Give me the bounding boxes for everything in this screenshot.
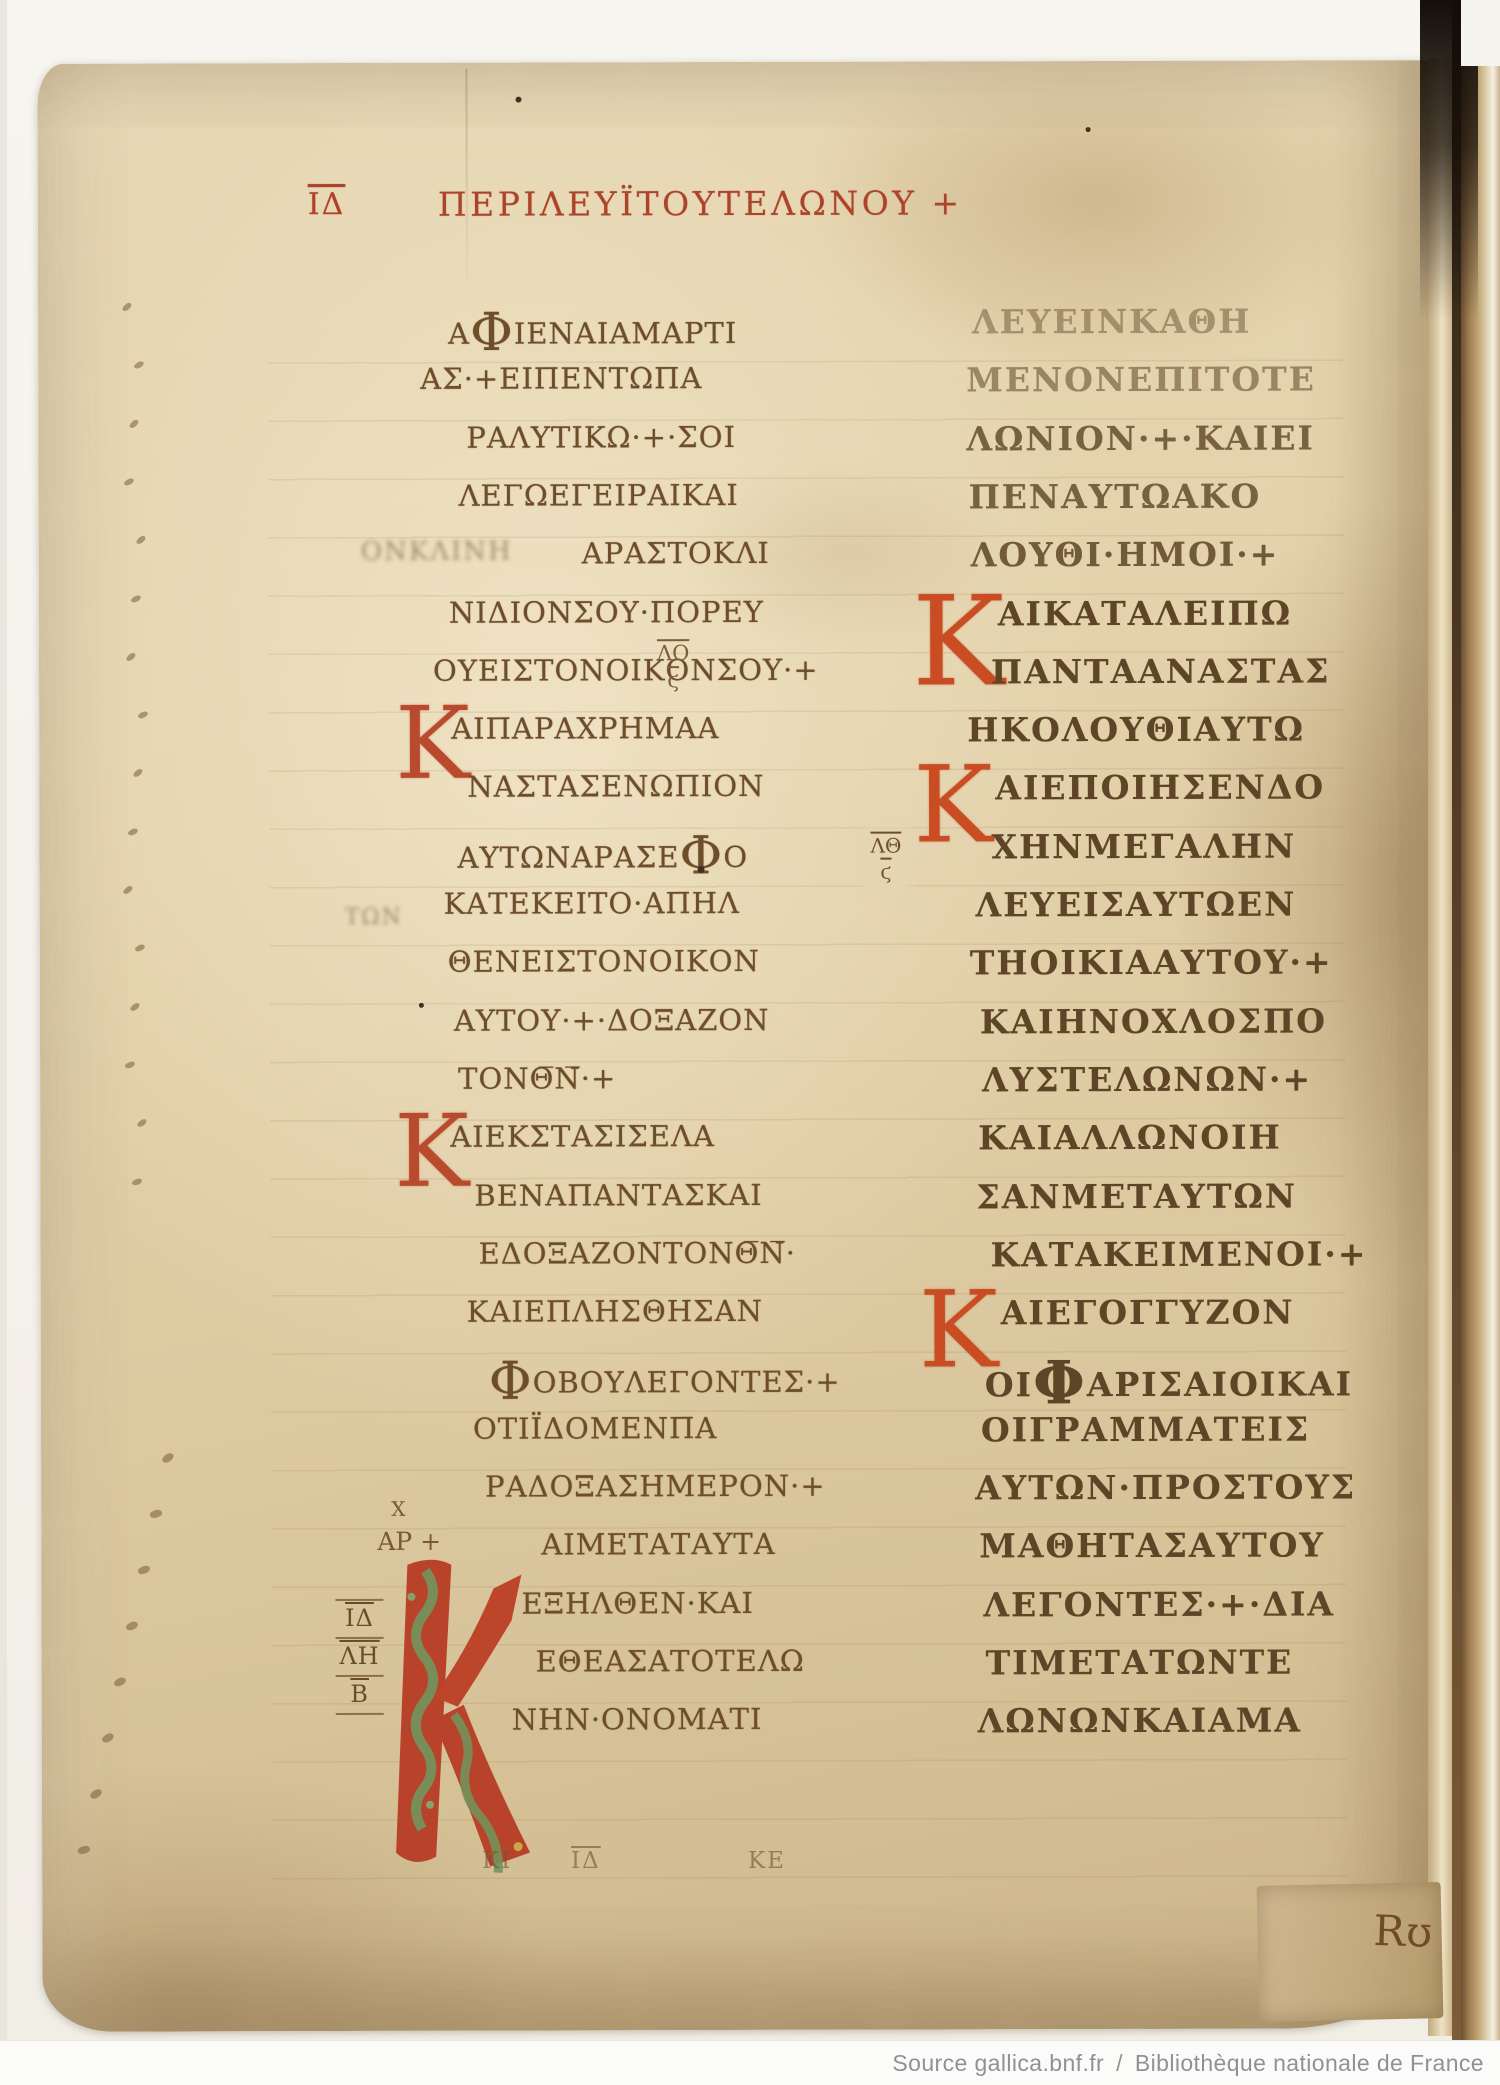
manuscript-text-line: ΚΑΙΕΓΟΓΓΥΖΟΝ <box>1001 1296 1295 1330</box>
manuscript-text-line: ΦΟΒΟΥΛΕΓΟΝΤΕΣ·+ <box>489 1355 841 1408</box>
decorated-initial-icon <box>377 1554 553 1879</box>
manuscript-text-line: ΛΕΓΟΝΤΕΣ·+·ΔΙΑ <box>983 1587 1335 1621</box>
manuscript-text-line: ΜΕΝΟΝΕΠΙΤΟΤΕ <box>966 363 1316 397</box>
manuscript-text-line: ΟΤΙΪΔΟΜΕΝΠΑ <box>473 1414 717 1444</box>
quire-mark: ΚΕ <box>748 1848 786 1874</box>
manuscript-text-line: ΟΥΕΙΣΤΟΝΟΙΚΟΝΣΟΥ·+ <box>433 656 819 686</box>
manuscript-text-line: ΡΑΛΥΤΙΚΩ·+·ΣΟΙ <box>466 423 736 453</box>
institution-label: Bibliothèque nationale de France <box>1135 2050 1484 2077</box>
parchment-page: ΙΔ ΠΕΡΙΛΕΥΪΤΟΥΤΕΛΩΝΟΥ + ΑΦΙΕΝΑΙΑΜΑΡΤΙΑΣ·… <box>37 60 1434 2032</box>
manuscript-text-line: ΚΑΙΕΠΛΗΣΘΗΣΑΝ <box>467 1297 763 1327</box>
manuscript-text-line: ΚΑΙΑΛΛΩΝΟΙΗ <box>978 1121 1282 1155</box>
manuscript-text-line: ΣΑΝΜΕΤΑΥΤΩΝ <box>976 1179 1297 1213</box>
scan-edge-strip <box>0 0 7 2040</box>
manuscript-text-line: ΟΙΦΑΡΙΣΑΙΟΙΚΑΙ <box>985 1354 1353 1414</box>
manuscript-text-line: ΚΑΤΑΚΕΙΜΕΝΟΙ·+ <box>991 1237 1368 1271</box>
rubric-title: ΠΕΡΙΛΕΥΪΤΟΥΤΕΛΩΝΟΥ + <box>438 183 963 223</box>
ink-speck <box>419 1003 424 1008</box>
manuscript-text-line: ΑΥΤΩΝ·ΠΡΟΣΤΟΥΣ <box>975 1470 1356 1504</box>
manuscript-text-line: ΕΔΟΞΑΖΟΝΤΟΝΘ̅Ν̅· <box>479 1239 797 1269</box>
rubricated-initial: Κ <box>395 699 471 789</box>
ink-bleed-ghost: ΤΩΝ <box>345 905 403 930</box>
manuscript-text-line: ΕΘΕΑΣΑΤΟΤΕΛΩ <box>536 1647 805 1677</box>
manuscript-text-line: ΠΑΝΤΑΑΝΑΣΤΑΣ <box>991 654 1330 688</box>
page-gutter-ridge <box>1428 58 1452 2036</box>
margin-section-number: ΛΗ <box>336 1639 384 1677</box>
gallica-source-bar: Source gallica.bnf.fr / Bibliothèque nat… <box>0 2040 1500 2085</box>
manuscript-text-line: ΛΕΥΕΙΝΚΑΘΗ <box>972 305 1251 339</box>
manuscript-text-line: ΚΑΙΗΝΟΧΛΟΣΠΟ <box>980 1004 1327 1038</box>
ink-speck <box>516 97 522 103</box>
manuscript-text-line: ΠΕΝΑΥΤΩΑΚΟ <box>969 480 1262 514</box>
manuscript-text-line: ΑΡΑΣΤΟΚΛΙ <box>582 539 770 568</box>
ink-bleed-ghost: ΟΝΚΛΙΝΗ <box>361 537 513 567</box>
manuscript-text-line: ΑΣ·+ΕΙΠΕΝΤΩΠΑ <box>420 364 702 394</box>
manuscript-text-line: ΤΟΝΘ̅Ν̅·+ <box>458 1064 616 1093</box>
source-separator: / <box>1116 2050 1123 2077</box>
rubricated-initial: Κ <box>394 1107 470 1197</box>
manuscript-text-line: ΘΕΝΕΙΣΤΟΝΟΙΚΟΝ <box>448 947 760 977</box>
manuscript-text-line: ΛΕΓΩΕΓΕΙΡΑΙΚΑΙ <box>459 481 739 511</box>
rubricated-initial: Κ <box>913 758 994 854</box>
margin-section-number: Β <box>336 1677 384 1715</box>
manuscript-text-line: ΛΥΣΤΕΛΩΝΩΝ·+ <box>982 1062 1312 1096</box>
manuscript-text-line: ΟΙΓΡΑΜΜΑΤΕΙΣ <box>981 1412 1310 1446</box>
manuscript-text-line: ΕΞΗΛΘΕΝ·ΚΑΙ <box>521 1589 754 1619</box>
manuscript-text-line: ΚΑΙΕΚΣΤΑΣΙΣΕΛΑ <box>450 1122 715 1152</box>
source-label: Source gallica.bnf.fr <box>892 2050 1104 2077</box>
repair-tape: Rʊ <box>1257 1882 1444 2022</box>
manuscript-text-line: ΡΑΔΟΞΑΣΗΜΕΡΟΝ·+ <box>485 1472 826 1502</box>
manuscript-text-line: ΚΑΤΕΚΕΙΤΟ·ΑΠΗΛ <box>444 889 740 919</box>
manuscript-text-line: ΑΦΙΕΝΑΙΑΜΑΡΤΙ <box>448 306 737 359</box>
manuscript-text-line: ΗΚΟΛΟΥΘΙΑΥΤΩ <box>967 713 1305 747</box>
scan-background <box>1461 0 1500 66</box>
quire-mark: ΚΙ <box>482 1848 512 1874</box>
manuscript-text-line: ΤΙΜΕΤΑΤΩΝΤΕ <box>986 1645 1294 1679</box>
manuscript-text-line: ΛΕΥΕΙΣΑΥΤΩΕΝ <box>976 888 1297 922</box>
manuscript-text-line: ΑΥΤΩΝΑΡΑΣΕΦΟ <box>457 831 748 884</box>
chapter-number: ΙΔ <box>308 187 346 222</box>
manuscript-text-line: ΒΕΝΑΠΑΝΤΑΣΚΑΙ <box>474 1180 762 1210</box>
manuscript-text-line: ΝΑΣΤΑΣΕΝΩΠΙΟΝ <box>467 772 764 802</box>
ink-speck <box>698 866 705 873</box>
section-number-note: ΛΟϛ <box>657 640 690 695</box>
folio-mark: Rʊ <box>1373 1906 1434 1957</box>
manuscript-text-line: ΝΙΔΙΟΝΣΟΥ·ΠΟΡΕΥ <box>449 597 764 627</box>
manuscript-text-line: ΑΥΤΟΥ·+·ΔΟΞΑΖΟΝ <box>454 1006 770 1036</box>
manuscript-text-line: ΤΗΟΙΚΙΑΑΥΤΟΥ·+ <box>970 946 1333 980</box>
lection-start-mark: ΧΑΡ + <box>377 1497 441 1556</box>
manuscript-text-line: ΧΗΝΜΕΓΑΛΗΝ <box>991 829 1296 863</box>
manuscript-text-line: ΚΑΙΚΑΤΑΛΕΙΠΩ <box>998 596 1292 630</box>
manuscript-text-line: ΛΩΝΩΝΚΑΙΑΜΑ <box>978 1704 1302 1738</box>
manuscript-text-line: ΑΙΜΕΤΑΤΑΥΤΑ <box>541 1530 775 1560</box>
parchment-fold-line <box>465 69 468 299</box>
ink-speck <box>1086 127 1091 132</box>
manuscript-text-line: ΚΑΙΕΠΟΙΗΣΕΝΔΟ <box>995 771 1325 805</box>
canon-number-table: ΙΔΛΗΒ <box>335 1599 383 1715</box>
quire-mark: ΙΔ <box>571 1848 601 1874</box>
margin-section-number: ΙΔ <box>335 1599 383 1639</box>
manuscript-scan: ΙΔ ΠΕΡΙΛΕΥΪΤΟΥΤΕΛΩΝΟΥ + ΑΦΙΕΝΑΙΑΜΑΡΤΙΑΣ·… <box>0 0 1500 2040</box>
section-number-note: ΛΘϛ <box>863 830 908 888</box>
manuscript-text-line: ΛΩΝΙΟΝ·+·ΚΑΙΕΙ <box>966 421 1315 455</box>
manuscript-text-line: ΜΑΘΗΤΑΣΑΥΤΟΥ <box>979 1529 1325 1563</box>
manuscript-text-line: ΛΟΥΘΙ·ΗΜΟΙ·+ <box>971 538 1280 572</box>
manuscript-text-line: ΚΑΙΠΑΡΑΧΡΗΜΑΑ <box>451 714 719 744</box>
